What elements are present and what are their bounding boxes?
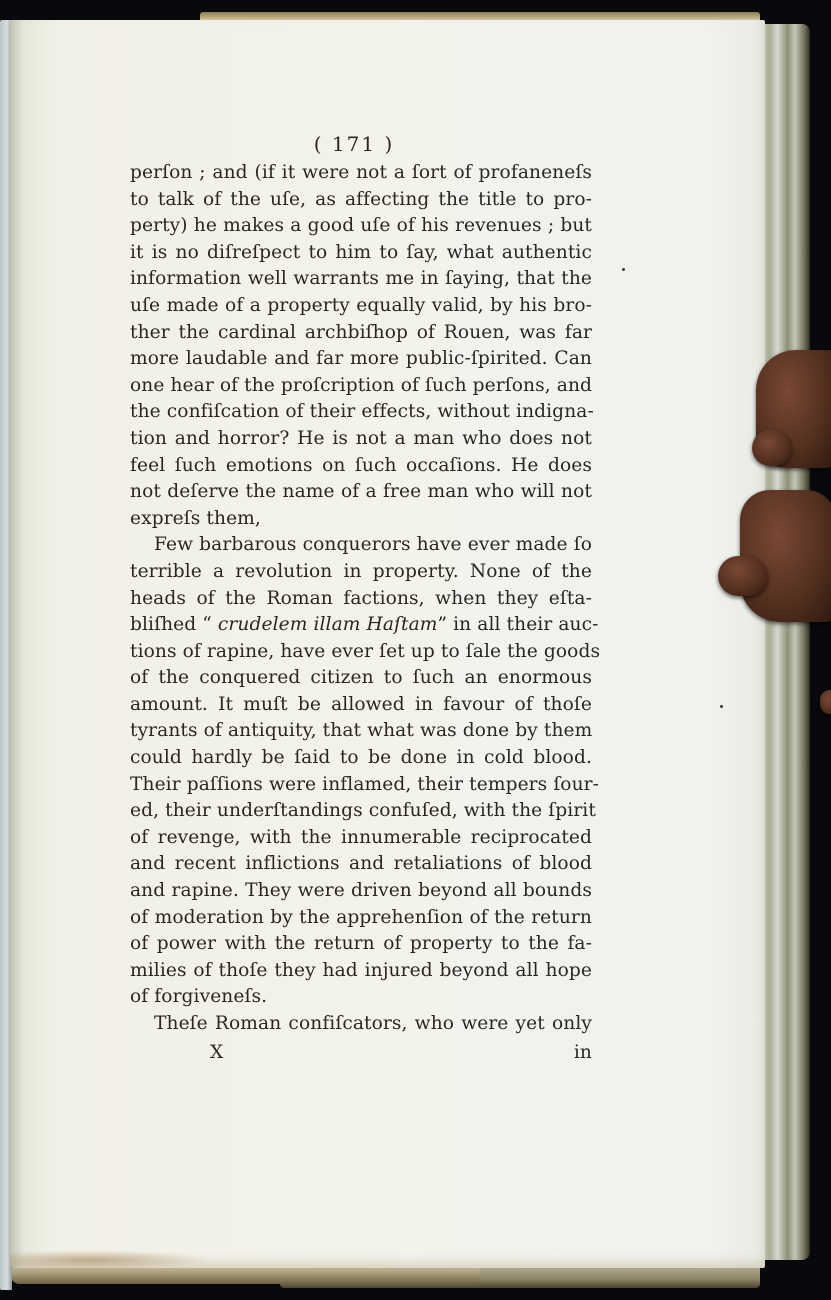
text-line: of forgiveneſs.	[130, 984, 592, 1011]
text-line: ther the cardinal archbiſhop of Rouen, w…	[130, 320, 592, 347]
text-line: of moderation by the apprehenſion of the…	[130, 905, 592, 932]
text-line: feel ſuch emotions on ſuch occaſions. He…	[130, 453, 592, 480]
page-clip-2-tab	[718, 556, 768, 596]
text-line: information well warrants me in ſaying, …	[130, 266, 592, 293]
text-line: the confiſcation of their effects, witho…	[130, 399, 592, 426]
text-line: Few barbarous conquerors have ever made …	[130, 532, 592, 559]
text-line: tyrants of antiquity, that what was done…	[130, 718, 592, 745]
page-clip-3	[820, 690, 831, 714]
page-text: ( 171 ) perſon ; and (if it were not a ſ…	[130, 128, 592, 1066]
text-line: and rapine. They were driven beyond all …	[130, 878, 592, 905]
speck	[720, 705, 723, 708]
text-line: more laudable and far more public-ſpirit…	[130, 346, 592, 373]
text-line: to talk of the uſe, as affecting the tit…	[130, 187, 592, 214]
page-clip-1-tab	[752, 430, 792, 466]
text-line: of power with the return of property to …	[130, 931, 592, 958]
text-line: tions of rapine, have ever ſet up to ſal…	[130, 639, 592, 666]
page-footer: X in	[130, 1040, 592, 1066]
text-line: milies of thoſe they had injured beyond …	[130, 958, 592, 985]
text-line: amount. It muſt be allowed in favour of …	[130, 692, 592, 719]
text-line: not deſerve the name of a free man who w…	[130, 479, 592, 506]
text-line: of revenge, with the innumerable recipro…	[130, 825, 592, 852]
text-line: expreſs them,	[130, 506, 592, 533]
text-line: it is no diſreſpect to him to ſay, what …	[130, 240, 592, 267]
text-line: could hardly be ſaid to be done in cold …	[130, 745, 592, 772]
text-line: perty) he makes a good uſe of his revenu…	[130, 213, 592, 240]
text-line: perſon ; and (if it were not a ſort of p…	[130, 160, 592, 187]
latin-quote: crudelem illam Haſtam	[218, 614, 438, 635]
page-number: ( 171 )	[116, 128, 592, 160]
paragraph-3: Theſe Roman confiſcators, who were yet o…	[130, 1011, 592, 1038]
text-line: of the conquered citizen to ſuch an enor…	[130, 665, 592, 692]
text-line: terrible a revolution in property. None …	[130, 559, 592, 586]
text-line: Theſe Roman confiſcators, who were yet o…	[130, 1011, 592, 1038]
text-line: bliſhed “ crudelem illam Haſtam” in all …	[130, 612, 592, 639]
text-line: one hear of the proſcription of ſuch per…	[130, 373, 592, 400]
signature-mark: X	[210, 1040, 223, 1066]
text-span: ” in all their auc-	[438, 614, 599, 635]
paragraph-1: perſon ; and (if it were not a ſort of p…	[130, 160, 592, 532]
paragraph-2: Few barbarous conquerors have ever made …	[130, 532, 592, 1011]
text-line: uſe made of a property equally valid, by…	[130, 293, 592, 320]
text-line: Their paſſions were inflamed, their temp…	[130, 772, 592, 799]
catchword: in	[574, 1040, 592, 1066]
text-line: ed, their underſtandings confuſed, with …	[130, 798, 592, 825]
text-span: bliſhed “	[130, 614, 218, 635]
text-line: and recent inflictions and retaliations …	[130, 851, 592, 878]
text-line: tion and horror? He is not a man who doe…	[130, 426, 592, 453]
speck	[622, 268, 625, 271]
page-fore-edge-stack	[760, 24, 810, 1260]
text-line: heads of the Roman factions, when they e…	[130, 586, 592, 613]
foxing-stain	[10, 1250, 210, 1270]
